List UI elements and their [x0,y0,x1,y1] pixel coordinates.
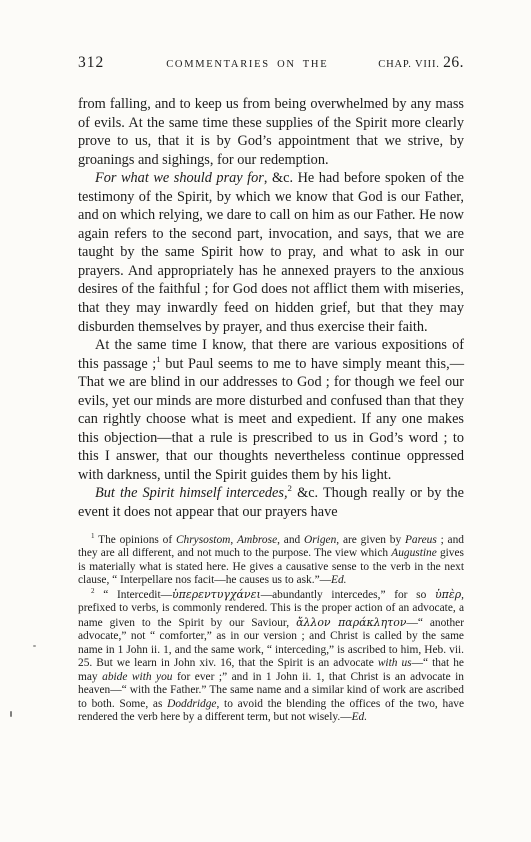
page-number: 312 [78,54,104,72]
text-segment: , are given by [336,534,405,546]
body-paragraph-but-the-spirit: But the Spirit himself intercedes,2 &c. … [78,484,464,521]
body-paragraph-at-the-same-time: At the same time I know, that there are … [78,336,464,484]
text-segment: For what we should pray for [95,170,264,186]
text-segment: Ambrose [237,534,277,546]
text-segment: Ed. [352,711,368,723]
text-segment: ὑπερεντυγχάνει [172,588,261,601]
text-segment: ὑπὲρ [435,588,461,601]
running-title: COMMENTARIES ON THE [166,59,328,70]
text-segment: , &c. He had before spoken of the testim… [78,170,464,334]
body-paragraph-for-what-we-should-pray: For what we should pray for, &c. He had … [78,169,464,336]
text-segment: Doddridge [167,698,216,710]
footnote-2: 2 “ Intercedit—ὑπερεντυγχάνει—abundantly… [78,588,464,725]
text-segment: Ed. [331,574,347,586]
text-segment: The opinions of [95,534,176,546]
text-segment: Augustine [391,547,437,559]
footnote-1: 1 The opinions of Chrysostom, Ambrose, a… [78,534,464,588]
text-segment: —abundantly intercedes,” for so [261,589,435,601]
page-header: 312 COMMENTARIES ON THE CHAP. VIII. 26. [78,54,464,72]
body-paragraph-continuation: from falling, and to keep us from being … [78,95,464,169]
text-segment: but Paul seems to me to have simply mean… [78,356,464,483]
text-segment: But the Spirit himself intercedes, [95,485,288,501]
text-segment: from falling, and to keep us from being … [78,96,464,168]
text-segment: Pareus [405,534,437,546]
chapter-number: 26. [443,54,464,71]
chapter-label: CHAP. VIII. [378,59,439,70]
page-body: from falling, and to keep us from being … [78,95,464,522]
text-segment: , and [277,534,304,546]
chapter-reference: CHAP. VIII. 26. [378,54,464,72]
scan-speck [33,645,36,647]
scan-speck [10,711,12,717]
footnotes-section: 1 The opinions of Chrysostom, Ambrose, a… [78,534,464,725]
text-segment: with us [378,657,412,669]
book-page: 312 COMMENTARIES ON THE CHAP. VIII. 26. … [0,0,531,842]
text-segment: Chrysostom [176,534,230,546]
text-segment: “ Intercedit— [95,589,172,601]
text-segment: ἄλλον παράκλητον [296,616,406,629]
text-segment: Origen [304,534,336,546]
text-segment: abide with you [102,671,172,683]
